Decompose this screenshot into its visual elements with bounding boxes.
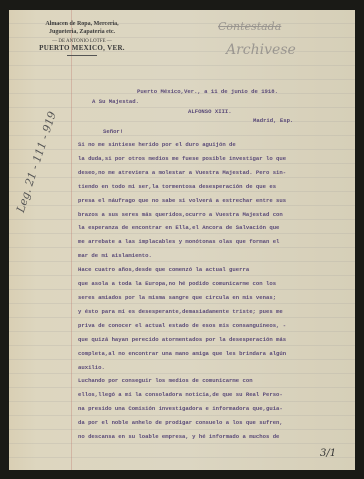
body-line: me arrebate a las implacables y monótona… [78, 235, 346, 249]
crossed-out-note: Contestada [218, 20, 281, 33]
body-line: presa el náufrago que no sabe si volverá… [78, 194, 346, 208]
body-line: mar de mi aislamiento. [78, 249, 346, 263]
body-line: brazos a sus seres más queridos,ocurro a… [78, 208, 346, 222]
recipient-place: Madrid, Esp. [253, 117, 293, 124]
body-line: priva de conocer el actual estado de eso… [78, 319, 346, 333]
body-line: la duda,si por otros medios me fuese pos… [78, 152, 346, 166]
margin-line [71, 10, 72, 470]
recipient-name: ALFONSO XIII. [188, 108, 232, 115]
letterhead-line-2: Jugueteria, Zapateria etc. [22, 28, 142, 36]
body-line: tiendo en todo mi ser,la tormentosa dese… [78, 180, 346, 194]
place-date: Puerto México,Ver., a 11 de junio de 191… [137, 88, 278, 95]
letter-body: Si no me sintiese herido por el duro agu… [78, 138, 346, 444]
body-line: no descansa en su loable empresa, y hé i… [78, 430, 346, 444]
body-line: Luchando por conseguir los medios de com… [78, 374, 346, 388]
salutation: Señor! [103, 128, 123, 135]
body-line: que quizá hayan perecido atormentados po… [78, 333, 346, 347]
body-line: da por el noble anhelo de prodigar consu… [78, 416, 346, 430]
body-line: ellos,llegó a mí la consoladora noticia,… [78, 388, 346, 402]
body-line: y ésto para mí es desesperante,demasiada… [78, 305, 346, 319]
page-number: 3/1 [320, 448, 336, 459]
body-line: la esperanza de encontrar en Ella,el Anc… [78, 221, 346, 235]
body-line: deseo,no me atreviera a molestar a Vuest… [78, 166, 346, 180]
letterhead-line-1: Almacen de Ropa, Merceria, [22, 20, 142, 28]
letterhead-line-4: PUERTO MEXICO, VER. [22, 44, 142, 52]
letterhead: Almacen de Ropa, Merceria, Jugueteria, Z… [22, 20, 142, 56]
body-line: seres amiados por la misma sangre que ci… [78, 291, 346, 305]
body-line: que asola a toda la Europa,no hé podido … [78, 277, 346, 291]
body-line: Hace cuatro años,desde que comenzó la ac… [78, 263, 346, 277]
recipient-line: A Su Majestad. [92, 98, 139, 105]
body-line: Si no me sintiese herido por el duro agu… [78, 138, 346, 152]
letterhead-rule [67, 55, 97, 56]
body-line: na presido una Comisión investigadora e … [78, 402, 346, 416]
body-line: auxilio. [78, 361, 346, 375]
body-line: completa,al no encontrar una mano amiga … [78, 347, 346, 361]
archive-note: Archivese [226, 42, 296, 58]
